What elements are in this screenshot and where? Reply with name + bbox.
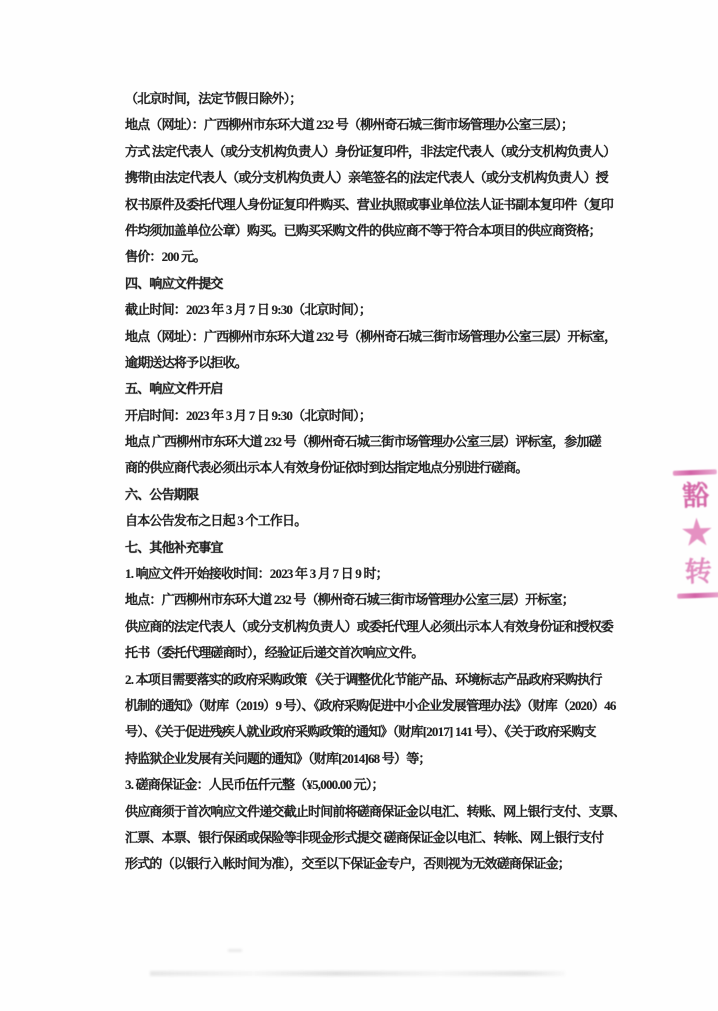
- stamp-character: 转: [684, 558, 712, 587]
- stamp-bar-top: [673, 469, 717, 476]
- section-heading: 四、响应文件提交: [125, 271, 625, 297]
- document-line: 携带[由法定代表人（或分支机构负责人）亲笔签名的]法定代表人（或分支机构负责人）…: [125, 165, 625, 191]
- section-heading: 六、公告期限: [125, 482, 625, 508]
- document-line: 截止时间：2023 年 3 月 7 日 9:30（北京时间）；: [125, 297, 625, 323]
- scan-speck: [228, 949, 242, 952]
- section-heading: 七、其他补充事宜: [125, 535, 625, 561]
- stamp-character: 豁: [682, 482, 710, 511]
- document-line: 供应商的法定代表人（或分支机构负责人）或委托代理人必须出示本人有效身份证和授权委: [125, 614, 625, 640]
- document-line: 汇票、本票、银行保函或保险等非现金形式提交 磋商保证金以电汇、转帐、网上银行支付: [125, 825, 625, 851]
- document-line: 2. 本项目需要落实的政府采购政策 《关于调整优化节能产品、环境标志产品政府采购…: [125, 667, 625, 693]
- scan-smudge: [150, 971, 565, 976]
- document-line: 地点（网址）：广西柳州市东环大道 232 号（柳州奇石城三街市场管理办公室三层）…: [125, 112, 625, 138]
- document-line: 供应商须于首次响应文件递交截止时间前将磋商保证金以电汇、转账、网上银行支付、支票…: [125, 799, 625, 825]
- document-line: 地点 广西柳州市东环大道 232 号（柳州奇石城三街市场管理办公室三层）评标室，…: [125, 429, 625, 455]
- document-line: 号）、《关于促进残疾人就业政府采购政策的通知》（财库[2017] 141 号）、…: [125, 719, 625, 745]
- document-line: （北京时间，法定节假日除外）；: [125, 86, 625, 112]
- document-line: 逾期送达将予以拒收。: [125, 350, 625, 376]
- document-line: 3. 磋商保证金：人民币伍仟元整（¥5,000.00 元）；: [125, 772, 625, 798]
- document-line: 1. 响应文件开始接收时间：2023 年 3 月 7 日 9 时；: [125, 561, 625, 587]
- document-line: 形式的（以银行入帐时间为准），交至以下保证金专户，否则视为无效磋商保证金；: [125, 851, 625, 877]
- document-line: 地点（网址）：广西柳州市东环大道 232 号（柳州奇石城三街市场管理办公室三层）…: [125, 324, 625, 350]
- document-line: 开启时间：2023 年 3 月 7 日 9:30（北京时间）；: [125, 403, 625, 429]
- document-line: 自本公告发布之日起 3 个工作日。: [125, 508, 625, 534]
- document-body: （北京时间，法定节假日除外）；地点（网址）：广西柳州市东环大道 232 号（柳州…: [125, 86, 625, 878]
- section-heading: 五、响应文件开启: [125, 376, 625, 402]
- document-line: 方式 法定代表人（或分支机构负责人）身份证复印件，非法定代表人（或分支机构负责人…: [125, 139, 625, 165]
- stamp-bar-bottom: [677, 592, 718, 599]
- document-line: 权书原件及委托代理人身份证复印件购买、营业执照或事业单位法人证书副本复印件（复印: [125, 192, 625, 218]
- document-line: 持监狱企业发展有关问题的通知》（财库[2014]68 号）等；: [125, 746, 625, 772]
- document-line: 件均须加盖单位公章）购买。已购买采购文件的供应商不等于符合本项目的供应商资格；: [125, 218, 625, 244]
- scanned-document-page: （北京时间，法定节假日除外）；地点（网址）：广西柳州市东环大道 232 号（柳州…: [0, 0, 718, 1011]
- document-line: 托书（委托代理磋商时），经验证后递交首次响应文件。: [125, 640, 625, 666]
- document-line: 售价：200 元。: [125, 244, 625, 270]
- star-icon: ★: [681, 516, 713, 551]
- document-line: 机制的通知》（财库（2019）9 号）、《政府采购促进中小企业发展管理办法》（财…: [125, 693, 625, 719]
- document-line: 地点：广西柳州市东环大道 232 号（柳州奇石城三街市场管理办公室三层）开标室；: [125, 587, 625, 613]
- document-line: 商的供应商代表必须出示本人有效身份证依时到达指定地点分别进行磋商。: [125, 455, 625, 481]
- edge-stamp: 豁 ★ 转: [666, 469, 718, 599]
